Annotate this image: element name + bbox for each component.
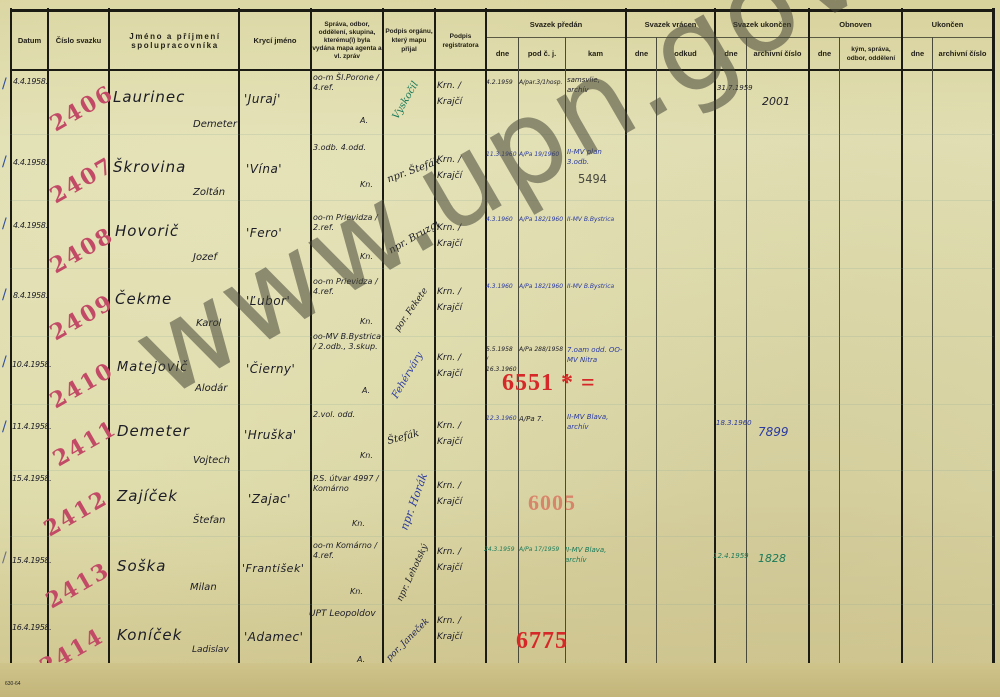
- header-obnoven-kym: kým, správa, odbor, oddělení: [841, 38, 901, 69]
- row-predan-cj: A/par.3/1hosp.: [519, 78, 562, 88]
- header-predan-dne: dne: [487, 38, 518, 69]
- row-datum: 11.4.1958.: [12, 422, 51, 431]
- header-predan-pod-cj: pod č. j.: [519, 38, 565, 69]
- header-svazek-predan: Svazek předán: [487, 12, 625, 37]
- row-sprava: oo-m Prievidza / 2.ref.: [313, 213, 383, 233]
- row-kryci-jmeno: 'Ľubor': [246, 294, 290, 308]
- row-ukoncen-archivni-cislo: 7899: [758, 425, 789, 439]
- row-datum: 8.4.1958.: [13, 291, 48, 300]
- row-predan-dne: 4.3.1960: [486, 215, 513, 225]
- row-podpis-organu: Štefák: [386, 428, 420, 447]
- row-sprava-mark: Kn.: [360, 451, 373, 461]
- row-predan-kam: 7.oam odd. OO-MV Nitra: [567, 345, 623, 365]
- row-annotation-stamp: 6005: [528, 490, 576, 516]
- check-mark-icon: /: [2, 550, 7, 566]
- row-sprava-mark: A.: [362, 386, 370, 396]
- row-predan-dne: 24.3.1959: [484, 545, 515, 555]
- check-mark-icon: /: [2, 154, 7, 170]
- row-podpis-registratora: Krn. / Krajčí: [437, 478, 483, 510]
- row-prijmeni: Matejovič: [117, 360, 188, 375]
- row-podpis-organu: Fehérváry: [390, 350, 425, 400]
- row-podpis-registratora: Krn. / Krajčí: [437, 152, 483, 184]
- row-jmeno: Štefan: [193, 515, 225, 526]
- row-kryci-jmeno: 'Hruška': [244, 428, 297, 442]
- row-podpis-registratora: Krn. / Krajčí: [437, 220, 483, 252]
- row-jmeno: Vojtech: [193, 455, 230, 466]
- row-prijmeni: Laurinec: [113, 88, 185, 106]
- row-jmeno: Karol: [196, 318, 221, 329]
- ledger-sheet: Datum Číslo svazku Jméno a příjmení spol…: [0, 0, 1000, 697]
- row-sprava: 3.odb. 4.odd.: [313, 143, 366, 153]
- row-kryci-jmeno: 'Juraj': [244, 92, 281, 106]
- row-ukoncen-archivni-cislo: 2001: [762, 95, 790, 108]
- row-sprava: 2.vol. odd.: [313, 410, 355, 420]
- header-sprava: Správa, odbor, oddělení, skupina, kterém…: [312, 12, 382, 69]
- col-line: [565, 37, 566, 663]
- row-datum: 16.4.1958.: [12, 623, 51, 632]
- header-datum: Datum: [12, 12, 47, 69]
- row-jmeno: Zoltán: [193, 187, 225, 198]
- row-ukoncen-dne: 31.7.1959: [717, 83, 753, 93]
- row-predan-cj: A/Pa 7.: [519, 414, 544, 424]
- row-prijmeni: Čekme: [115, 290, 172, 308]
- row-datum: 4.4.1958.: [13, 77, 48, 86]
- row-sprava: oo-m Komárno / 4.ref.: [313, 541, 383, 561]
- row-podpis-registratora: Krn. / Krajčí: [437, 284, 483, 316]
- row-sprava: P.S. útvar 4997 / Komárno: [313, 474, 383, 494]
- row-prijmeni: Soška: [117, 557, 166, 575]
- row-sprava: UPT Leopoldov: [309, 609, 376, 619]
- row-sprava-mark: Kn.: [350, 587, 363, 597]
- row-kryci-jmeno: 'Zajac': [248, 492, 291, 506]
- row-podpis-organu: por. Janeček: [385, 617, 432, 664]
- header-ukoncen-archivni-cislo: archivní číslo: [747, 38, 808, 69]
- header-svazek-vracen: Svazek vrácen: [627, 12, 714, 37]
- header-ukoncen-dne: dne: [716, 38, 746, 69]
- row-datum: 10.4.1958.: [12, 360, 51, 369]
- row-datum: 4.4.1958.: [13, 158, 48, 167]
- header-vracen-odkud: odkud: [657, 38, 714, 69]
- row-sprava-mark: A.: [360, 116, 368, 126]
- row-predan-cj: A/Pa 182/1960: [519, 215, 563, 225]
- row-jmeno: Jozef: [193, 252, 217, 263]
- row-prijmeni: Koníček: [117, 626, 182, 644]
- row-jmeno: Milan: [190, 582, 217, 593]
- row-datum: 4.4.1958.: [13, 221, 48, 230]
- row-sprava-mark: Kn.: [352, 519, 365, 529]
- row-podpis-registratora: Krn. / Krajčí: [437, 78, 483, 110]
- row-jmeno: Ladislav: [192, 645, 229, 655]
- header-jmeno: Jméno a příjmení spolupracovníka: [120, 12, 230, 69]
- row-predan-kam: II-MV plan 3.odb.: [567, 147, 623, 167]
- check-mark-icon: /: [2, 354, 7, 370]
- check-mark-icon: /: [2, 287, 7, 303]
- header-vracen-dne: dne: [627, 38, 656, 69]
- header-ukoncen: Ukončen: [903, 12, 992, 37]
- row-predan-dne: 11.3.1960: [486, 150, 517, 160]
- row-kryci-jmeno: 'Adamec': [244, 630, 303, 644]
- header-podpis-organu: Podpis orgánu, který mapu přijal: [384, 12, 434, 69]
- row-predan-cj: A/Pa 288/1958: [519, 345, 563, 355]
- row-cislo-stamp: 2411: [49, 415, 122, 472]
- row-kryci-jmeno: 'František': [242, 562, 304, 575]
- row-sprava: oo-MV B.Bystrica / 2.odb., 3.skup.: [313, 332, 383, 352]
- row-sprava: oo-m Šl.Porone / 4.ref.: [313, 73, 383, 93]
- row-prijmeni: Škrovina: [113, 158, 186, 176]
- row-predan-kam: II-MV B.Bystrica: [567, 215, 614, 225]
- row-annotation-stamp: 6551 * =: [502, 370, 596, 397]
- row-datum: 15.4.1958.: [12, 556, 51, 565]
- row-ukoncen-dne: 12.4.1959: [713, 551, 749, 561]
- col-line: [656, 37, 657, 663]
- row-predan-cj: A/Pa 19/1960: [519, 150, 559, 160]
- page-bottom-edge: [0, 663, 1000, 697]
- header-bottom-border: [10, 69, 994, 71]
- row-sprava-mark: Kn.: [360, 317, 373, 327]
- row-predan-kam: II-MV B.Bystrica: [567, 282, 614, 292]
- col-line: [839, 37, 840, 663]
- row-ukoncen-dne: 18.3.1960: [716, 418, 752, 428]
- row-kryci-jmeno: 'Fero': [246, 226, 282, 240]
- header-obnoven: Obnoven: [810, 12, 901, 37]
- row-podpis-registratora: Krn. / Krajčí: [437, 544, 483, 576]
- header-podpis-registratora: Podpis registratora: [436, 12, 485, 69]
- row-sprava-mark: Kn.: [360, 180, 373, 190]
- row-prijmeni: Hovorič: [115, 222, 179, 240]
- row-predan-kam: II-MV Blava, archív: [565, 545, 621, 565]
- check-mark-icon: /: [2, 76, 7, 92]
- header-obnoven-dne: dne: [810, 38, 839, 69]
- row-ukoncen-archivni-cislo: 1828: [758, 552, 786, 565]
- row-annotation-stamp: 6775: [516, 628, 568, 655]
- header-ukoncen2-archivni-cislo: archivní číslo: [933, 38, 992, 69]
- row-podpis-registratora: Krn. / Krajčí: [437, 613, 483, 645]
- col-line: [746, 37, 747, 663]
- row-predan-dne: 4.3.1960: [486, 282, 513, 292]
- header-svazek-ukoncen: Svazek ukončen: [716, 12, 808, 37]
- header-kryci-jmeno: Krycí jméno: [240, 12, 310, 69]
- row-annotation-stamp: 5494: [578, 172, 607, 186]
- row-kryci-jmeno: 'Vína': [246, 162, 282, 176]
- row-podpis-registratora: Krn. / Krajčí: [437, 418, 483, 450]
- row-cislo-stamp: 2413: [42, 557, 115, 614]
- row-cislo-stamp: 2412: [40, 485, 113, 542]
- row-podpis-organu: npr. Horák: [398, 471, 431, 532]
- header-cislo-svazku: Číslo svazku: [49, 12, 108, 69]
- row-podpis-organu: por. Fekete: [393, 286, 430, 334]
- row-predan-cj: A/Pa 182/1960: [519, 282, 563, 292]
- row-predan-kam: II-MV Blava, archív: [567, 412, 623, 432]
- row-sprava: oo-m Prievidza / 4.ref.: [313, 277, 383, 297]
- row-jmeno: Alodár: [195, 383, 227, 394]
- col-line: [932, 37, 933, 663]
- row-jmeno: Demeter: [193, 119, 237, 130]
- header-ukoncen2-dne: dne: [903, 38, 932, 69]
- row-predan-cj: A/Pa 17/1959: [519, 545, 559, 555]
- row-podpis-registratora: Krn. / Krajčí: [437, 350, 483, 382]
- row-predan-kam: samsvlie, archív: [567, 75, 623, 95]
- check-mark-icon: /: [2, 419, 7, 435]
- check-mark-icon: /: [2, 216, 7, 232]
- row-predan-dne: 12.3.1960: [486, 414, 517, 424]
- row-sprava-mark: Kn.: [360, 252, 373, 262]
- header-predan-kam: kam: [566, 38, 625, 69]
- row-predan-dne: 4.2.1959: [486, 78, 513, 88]
- row-podpis-organu: npr. Lehotský: [395, 543, 430, 603]
- row-prijmeni: Zajíček: [117, 487, 178, 505]
- row-datum: 15.4.1958.: [12, 474, 51, 483]
- row-prijmeni: Demeter: [117, 422, 190, 440]
- form-code: 630-64: [5, 681, 21, 687]
- row-kryci-jmeno: 'Čierny': [246, 362, 295, 376]
- row-podpis-organu: Vyskočil: [391, 80, 421, 122]
